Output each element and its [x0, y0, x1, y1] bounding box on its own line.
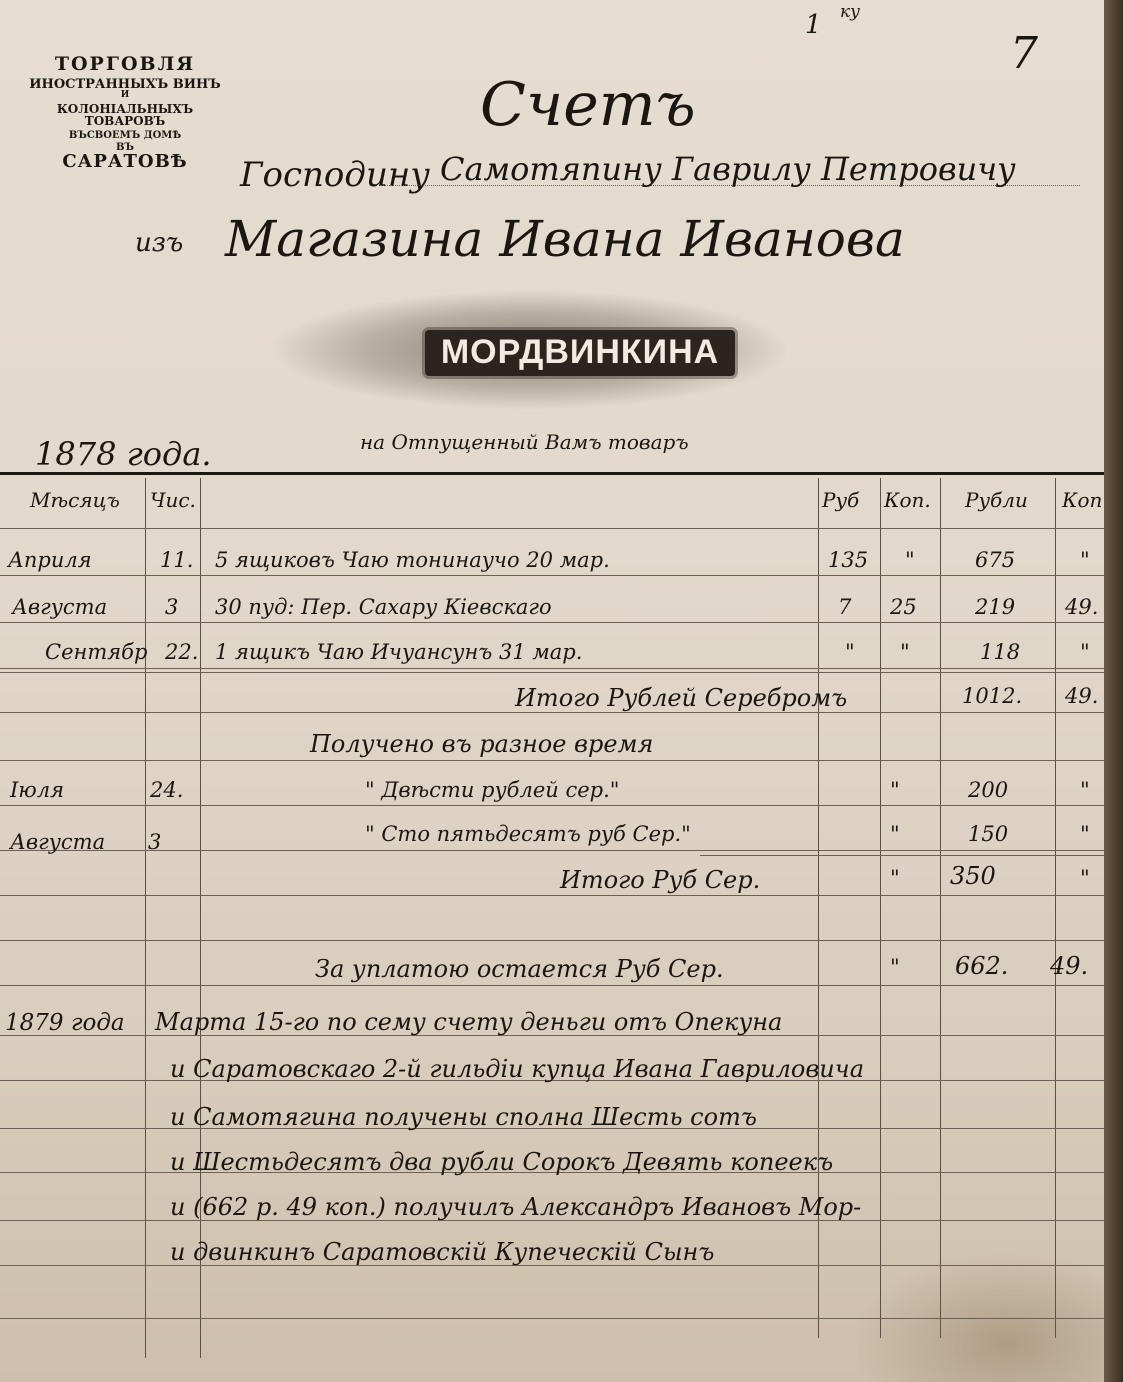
receipt-line: и Шестьдесятъ два рубли Сорокъ Девять ко… — [170, 1148, 833, 1176]
row-rule — [0, 895, 1104, 896]
row-rule-double — [700, 855, 1104, 856]
row-rule — [0, 575, 1104, 576]
invoice-page: 1 ку 7 ТОРГОВЛЯ ИНОСТРАННЫХЪ ВИНЪ И КОЛО… — [0, 0, 1104, 1382]
row-rule — [0, 760, 1104, 761]
row-kop: 25 — [890, 595, 917, 619]
row-kop2: " — [1080, 778, 1090, 802]
page-edge-shadow — [1104, 0, 1123, 1382]
subtotal-rubli: 1012. — [962, 684, 1022, 708]
col-divider-day — [145, 478, 146, 1358]
letterhead: ТОРГОВЛЯ ИНОСТРАННЫХЪ ВИНЪ И КОЛОНІАЛЬНЫ… — [20, 55, 230, 171]
balance-rubli: 662. — [955, 952, 1008, 980]
shop-name: Магазина Ивана Иванова — [225, 210, 905, 268]
row-rule — [0, 850, 1104, 851]
payments-total-rubli: 350 — [950, 862, 996, 890]
folio-mark: 1 — [805, 10, 822, 40]
row-kop2: " — [1080, 822, 1090, 846]
row-month: Априля — [8, 548, 92, 572]
row-description: " Двѣсти рублей сер." — [365, 778, 619, 802]
row-day: 3 — [148, 830, 161, 854]
from-prefix: изъ — [135, 228, 183, 258]
row-kop: " — [890, 778, 900, 802]
header-month: Мѣсяцъ — [30, 488, 120, 512]
row-kop: " — [890, 822, 900, 846]
balance-kop: 49. — [1050, 952, 1088, 980]
row-description: 1 ящикъ Чаю Ичуансунъ 31 мар. — [215, 640, 582, 664]
row-rub: 135 — [828, 548, 868, 572]
subtotal-label: Итого Рублей Серебромъ — [515, 684, 847, 712]
receipt-line: и двинкинъ Саратовскій Купеческій Сынъ — [170, 1238, 714, 1266]
merchant-name: МОРДВИНКИНА — [425, 333, 735, 372]
header-rubli: Рубли — [965, 488, 1028, 512]
row-month: Іюля — [10, 778, 64, 802]
header-kop: Коп. — [884, 488, 931, 512]
row-rule-double — [0, 672, 1104, 673]
row-description: 30 пуд: Пер. Сахару Кіевскаго — [215, 595, 552, 619]
row-rub: " — [845, 640, 855, 664]
row-rubli: 200 — [968, 778, 1008, 802]
row-rule — [0, 805, 1104, 806]
receipt-line: Марта 15-го по сему счету деньги отъ Опе… — [155, 1008, 782, 1036]
row-day: 3 — [165, 595, 178, 619]
row-month: Августа — [10, 830, 105, 854]
header-rule — [0, 528, 1104, 529]
payments-total-kop: " — [1080, 866, 1090, 890]
invoice-year: 1878 года. — [35, 435, 212, 473]
document-title: Счетъ — [480, 70, 696, 140]
row-month: Сентябр — [45, 640, 147, 664]
row-day: 11. — [160, 548, 193, 572]
row-month: Августа — [12, 595, 107, 619]
row-rule — [0, 668, 1104, 669]
row-rule — [0, 940, 1104, 941]
folio-superscript: ку — [840, 2, 860, 22]
header-rub: Руб — [822, 488, 859, 512]
col-divider-rubli — [940, 478, 941, 1338]
page-number: 7 — [1010, 28, 1038, 79]
paper-stain — [850, 1250, 1110, 1382]
addressee-name: Самотяпину Гаврилу Петровичу — [440, 150, 1016, 188]
balance-label: За уплатою остается Руб Сер. — [315, 955, 724, 983]
row-kop2: " — [1080, 640, 1090, 664]
receipt-line: и Самотягина получены сполна Шесть сотъ — [170, 1103, 757, 1131]
row-rule — [0, 622, 1104, 623]
balance-kop-placeholder: " — [890, 955, 900, 979]
table-top-rule — [0, 472, 1104, 475]
row-description: 5 ящиковъ Чаю тонинаучо 20 мар. — [215, 548, 610, 572]
row-kop2: " — [1080, 548, 1090, 572]
row-kop: " — [900, 640, 910, 664]
payments-heading: Получено въ разное время — [310, 730, 653, 758]
row-rubli: 675 — [975, 548, 1015, 572]
receipt-line: и Саратовскаго 2-й гильдіи купца Ивана Г… — [170, 1055, 864, 1083]
row-rubli: 150 — [968, 822, 1008, 846]
payments-total-label: Итого Руб Сер. — [560, 866, 760, 894]
receipt-year: 1879 года — [5, 1010, 125, 1036]
payments-total-kop-placeholder: " — [890, 866, 900, 890]
header-day: Чис. — [150, 488, 196, 512]
row-day: 24. — [150, 778, 183, 802]
addressee-prefix: Господину — [240, 155, 430, 195]
row-kop: " — [905, 548, 915, 572]
row-kop2: 49. — [1065, 595, 1098, 619]
subtotal-kop: 49. — [1065, 684, 1098, 708]
row-rubli: 118 — [980, 640, 1020, 664]
row-description: " Сто пятьдесятъ руб Сер." — [365, 822, 691, 846]
col-divider-desc — [200, 478, 201, 1358]
row-rule — [0, 712, 1104, 713]
row-rub: 7 — [838, 595, 851, 619]
invoice-subtitle: на Отпущенный Вамъ товаръ — [360, 430, 689, 454]
col-divider-kop2 — [1055, 478, 1056, 1338]
row-rule — [0, 985, 1104, 986]
col-divider-kop — [880, 478, 881, 1338]
row-day: 22. — [165, 640, 198, 664]
header-kop2: Коп. — [1062, 488, 1109, 512]
receipt-line: и (662 р. 49 коп.) получилъ Александръ И… — [170, 1193, 861, 1221]
row-rubli: 219 — [975, 595, 1015, 619]
